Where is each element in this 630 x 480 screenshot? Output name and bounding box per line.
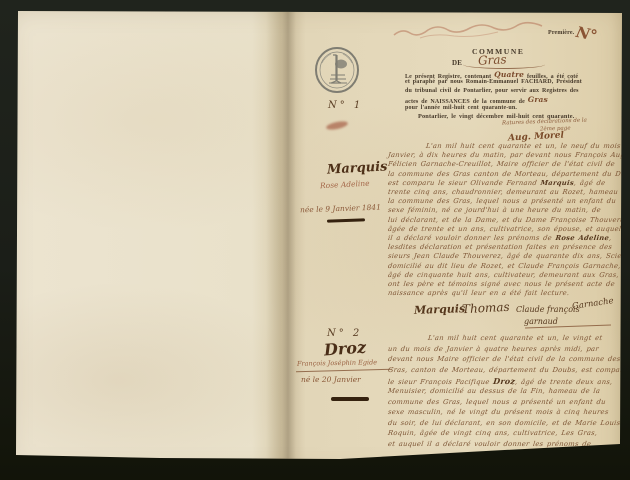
act-line: Janvier, à dix heures du matin, par deva… bbox=[388, 151, 619, 159]
act-line: est comparu le sieur Olivande Fernand Ma… bbox=[388, 179, 619, 187]
signature-claude-francois: Claude françois bbox=[516, 305, 580, 314]
binding-gutter bbox=[266, 0, 306, 480]
act-line: lesdites déclaration et présentation fai… bbox=[388, 243, 619, 251]
register-line-2: et paraphé par nous Romain-Emmanuel FACH… bbox=[405, 79, 582, 85]
act-line: Menuisier, domicilié au dessus de la Fin… bbox=[388, 387, 619, 395]
act2-margin-date: né le 20 Janvier bbox=[301, 375, 361, 384]
act-line: devant nous Maire officier de l'état civ… bbox=[388, 355, 619, 363]
act-line: un du mois de Janvier à quatre heures ap… bbox=[388, 345, 619, 353]
act-line: naissance après qu'il leur en a été fait… bbox=[388, 289, 619, 297]
signature-garnaud: garnaud bbox=[524, 317, 558, 326]
document-scan: Première. N° N° 1 COMMUNE DE Gras Le pré… bbox=[0, 0, 630, 480]
act-line: domicilié au dit lieu de Rozet, et Claud… bbox=[388, 262, 619, 270]
act-line: sexe féminin, né ce jourd'hui à une heur… bbox=[388, 206, 619, 214]
act-line: Roquin, âgée de vingt cinq ans, cultivat… bbox=[388, 429, 619, 437]
de-label: DE bbox=[452, 59, 462, 67]
act2-margin-dash bbox=[331, 397, 369, 401]
act-line: sexe masculin, né le vingt du présent mo… bbox=[388, 408, 619, 416]
commune-name-flourish bbox=[463, 60, 545, 69]
act-line: du soir, de lui déclarant, en son domici… bbox=[388, 419, 619, 427]
act2-margin-name: Droz bbox=[323, 338, 366, 360]
series-label: Première. bbox=[548, 30, 574, 36]
act-line: Félicien Garnache-Creuillot, Maire offic… bbox=[388, 160, 619, 168]
act-line: âgée de trente et un ans, cultivatrice, … bbox=[388, 225, 619, 233]
act-line: L'an mil huit cent quarante et un, le ne… bbox=[388, 142, 630, 150]
act-line: commune des Gras, lequel nous a présenté… bbox=[388, 398, 619, 406]
act-line: L'an mil huit cent quarante et un, le vi… bbox=[388, 334, 630, 342]
official-seal-icon bbox=[313, 45, 361, 97]
act-line: trente cinq ans, chaudronnier, demeurant… bbox=[388, 188, 619, 196]
signature-thomas: Thomas bbox=[462, 300, 510, 316]
act-line: le sieur François Pacifique Droz, âgé de… bbox=[387, 376, 618, 386]
ink-bleedthrough bbox=[390, 21, 548, 41]
commune-de-handwritten: Gras bbox=[528, 95, 548, 104]
act-line: Gras, canton de Morteau, département du … bbox=[388, 366, 619, 374]
signature-marquis: Marquis bbox=[414, 302, 466, 317]
act-line: sieurs Jean Claude Thouverez, âgé de qua… bbox=[388, 252, 619, 260]
register-line-5: pour l'année mil-huit cent quarante-un. bbox=[405, 105, 517, 111]
act1-margin-name: Marquis bbox=[327, 159, 388, 177]
register-sheet: Première. N° N° 1 COMMUNE DE Gras Le pré… bbox=[0, 0, 630, 480]
act-line: ont les père et témoins signé avec nous … bbox=[388, 280, 619, 288]
register-line-3: du tribunal civil de Pontarlier, pour se… bbox=[405, 88, 579, 94]
act-line: lui déclarant, et de la Dame, et du Dame… bbox=[388, 216, 619, 224]
act2-margin-firstnames: François Joséphin Egide bbox=[297, 358, 377, 367]
act-line: il a déclaré vouloir donner les prénoms … bbox=[388, 234, 619, 242]
act-line: et auquel il a déclaré vouloir donner le… bbox=[388, 440, 619, 448]
act-line: la commune des Gras canton de Morteau, d… bbox=[388, 170, 619, 178]
act1-margin-number: N° 1 bbox=[328, 100, 363, 111]
act-line: la commune des Gras, lequel nous a prése… bbox=[388, 197, 619, 205]
act-line: âgé de cinquante huit ans, cultivateur, … bbox=[388, 271, 619, 279]
feuilles-count-handwritten: Quatre bbox=[494, 70, 524, 79]
